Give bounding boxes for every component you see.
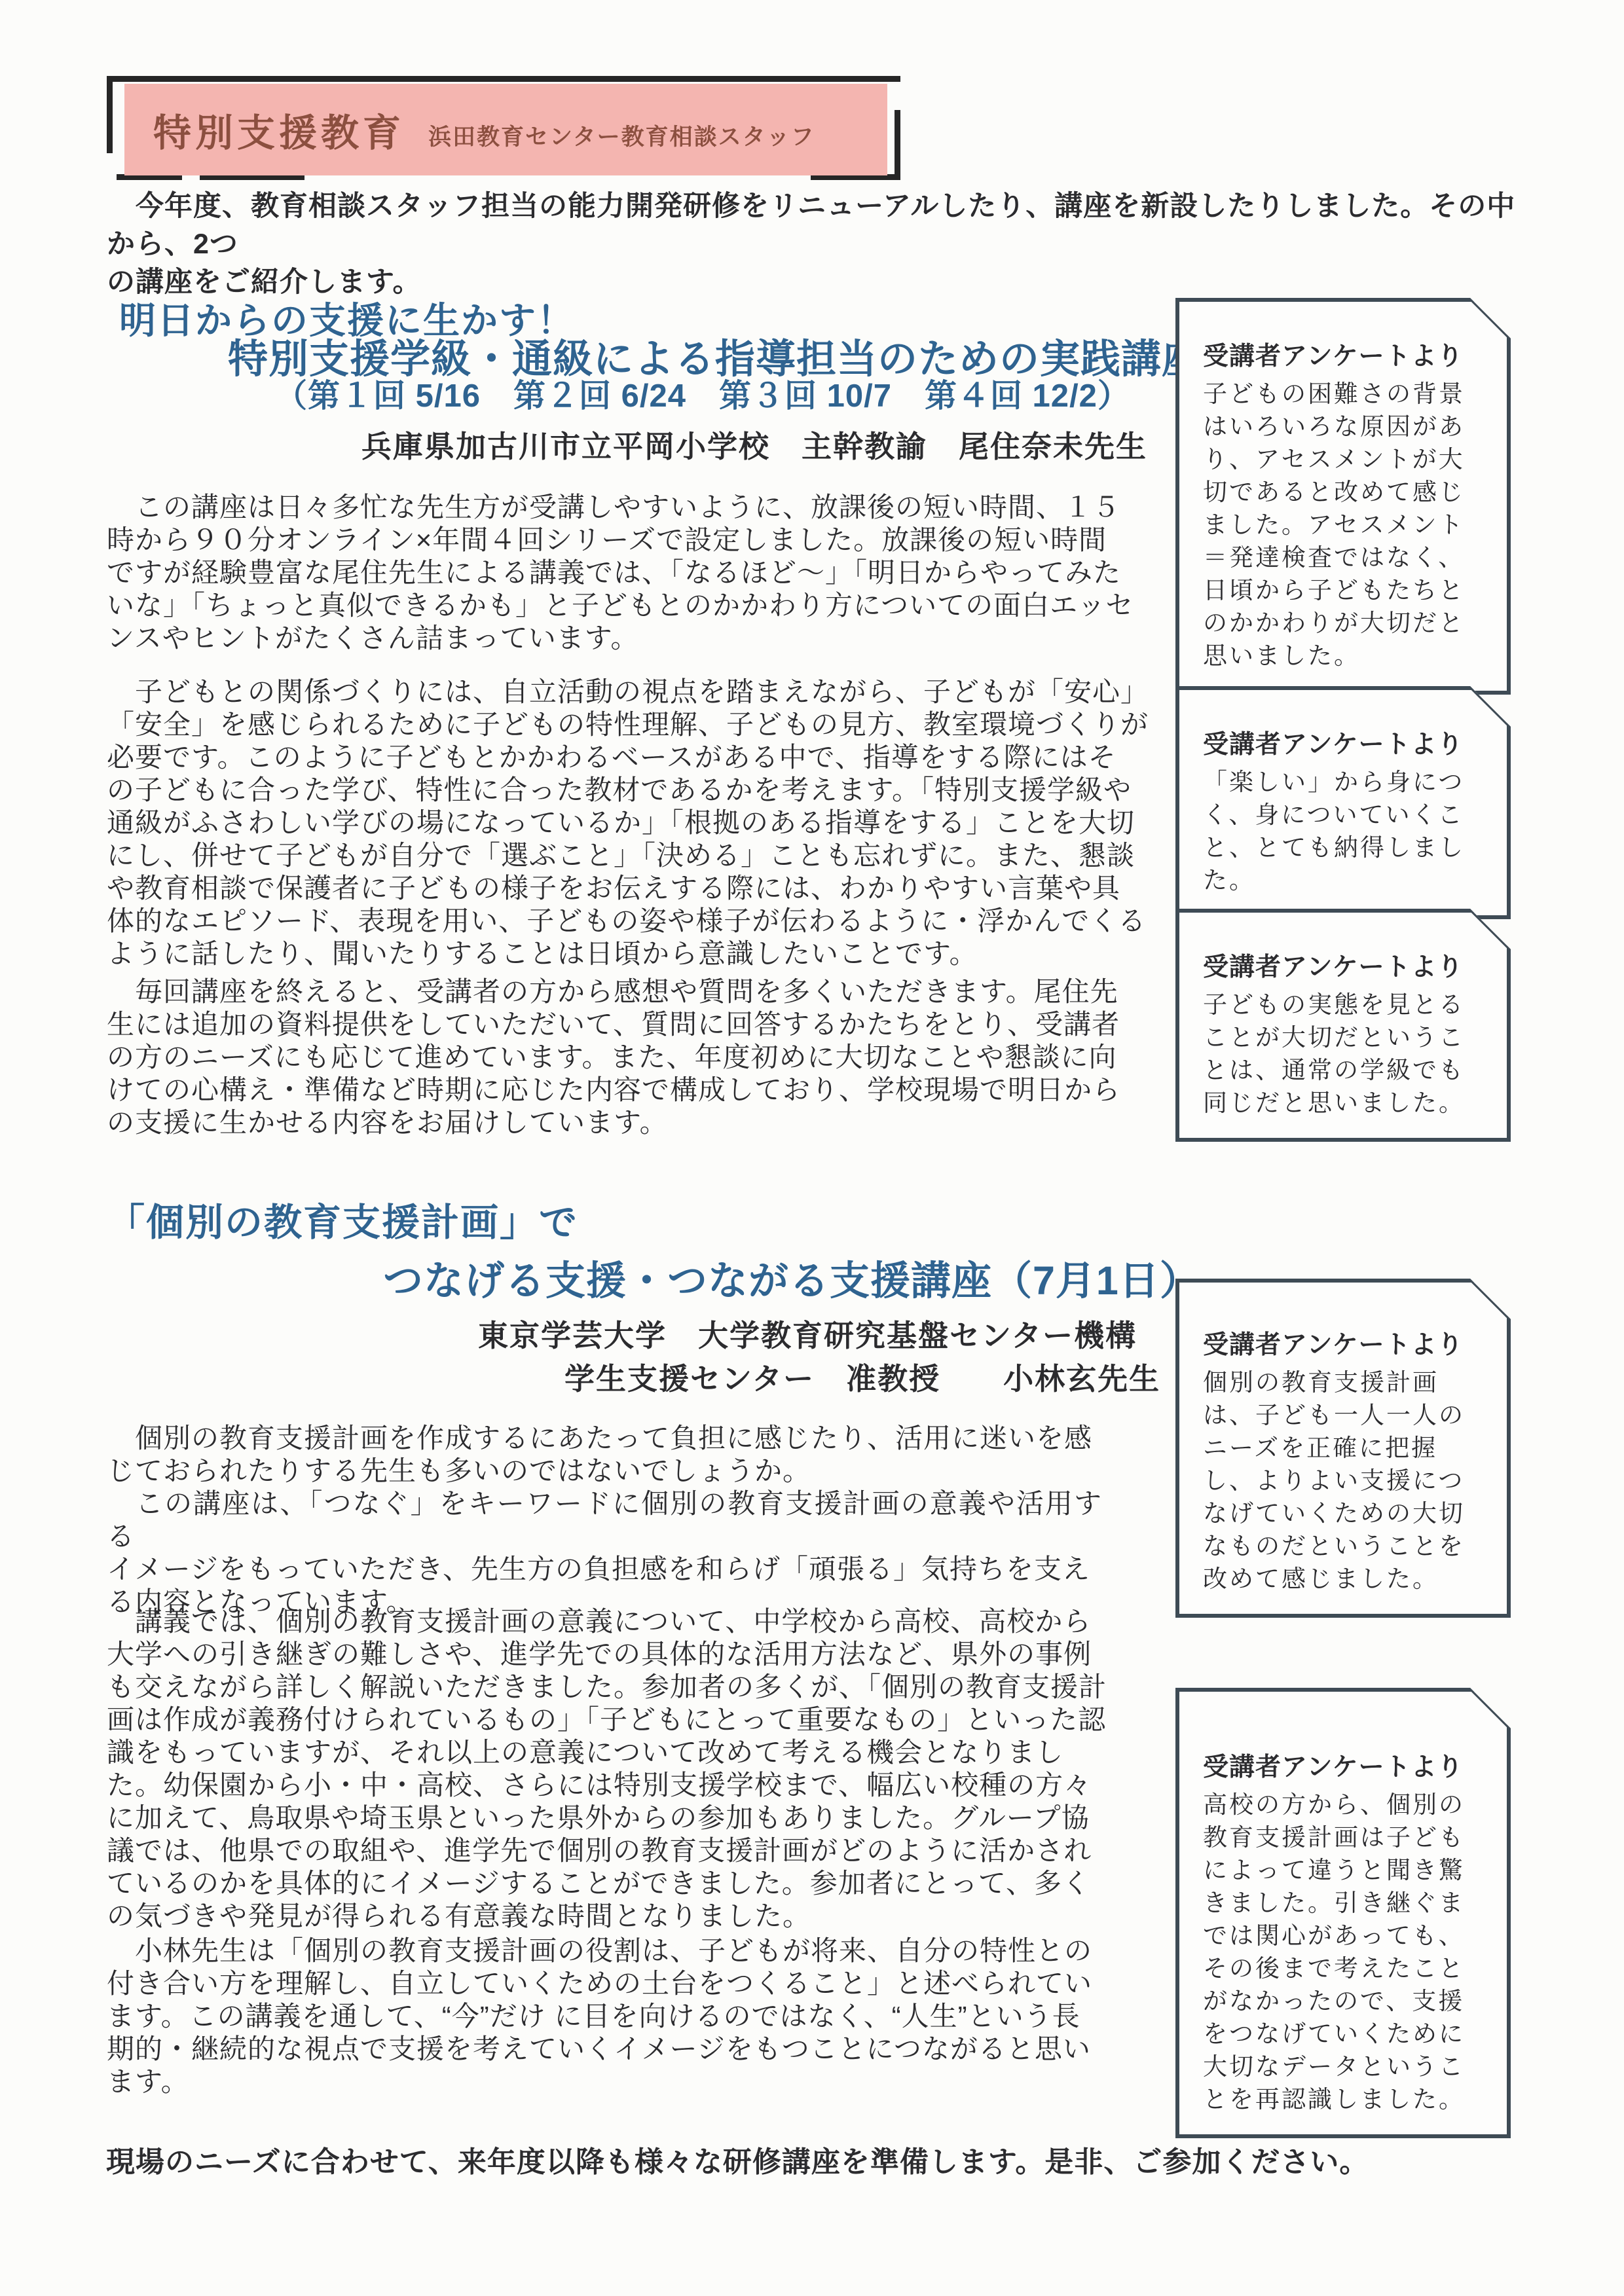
quote-title: 受講者アンケートより [1203, 1324, 1488, 1361]
quote-body: 「楽しい」から身につ く、身についていくこ と、とても納得しまし た。 [1203, 766, 1488, 897]
quote-title: 受講者アンケートより [1203, 724, 1488, 761]
header-banner: 特別支援教育 浜田教育センター教育相談スタッフ [124, 84, 887, 175]
intro-paragraph: 今年度、教育相談スタッフ担当の能力開発研修をリニューアルしたり、講座を新設したり… [107, 187, 1541, 301]
survey-quote-box-5: 受講者アンケートより 高校の方から、個別の 教育支援計画は子ども によって違うと… [1175, 1688, 1511, 2138]
survey-quote-box-4: 受講者アンケートより 個別の教育支援計画 は、子ども一人一人の ニーズを正確に把… [1175, 1279, 1511, 1618]
course2-lecturer-name: 学生支援センター 准教授 小林玄先生 [564, 1355, 1160, 1398]
quote-body: 子どもの実態を見とる ことが大切だというこ とは、通常の学級でも 同じだと思いま… [1203, 989, 1488, 1120]
course1-lecturer: 兵庫県加古川市立平岡小学校 主幹教諭 尾住奈未先生 [361, 423, 1147, 466]
course1-schedule: （第１回 5/16 第２回 6/24 第３回 10/7 第４回 12/2） [275, 371, 1130, 416]
course2-paragraph-1: 個別の教育支援計画を作成するにあたって負担に感じたり、活用に迷いを感 じておられ… [107, 1422, 1102, 1618]
survey-quote-box-2: 受講者アンケートより 「楽しい」から身につ く、身についていくこ と、とても納得… [1175, 686, 1511, 919]
page-title: 特別支援教育 [153, 102, 405, 157]
course2-title-line2: つなげる支援・つながる支援講座（7月1日） [383, 1249, 1200, 1306]
quote-title: 受講者アンケートより [1203, 1747, 1488, 1783]
survey-quote-box-3: 受講者アンケートより 子どもの実態を見とる ことが大切だというこ とは、通常の学… [1175, 909, 1511, 1142]
quote-title: 受講者アンケートより [1203, 336, 1488, 373]
scanned-newsletter-page: 特別支援教育 浜田教育センター教育相談スタッフ 今年度、教育相談スタッフ担当の能… [0, 0, 1624, 2296]
folded-corner-icon [1469, 1277, 1512, 1321]
course1-paragraph-2: 子どもとの関係づくりには、自立活動の視点を踏まえながら、子どもが「安心」 「安全… [107, 676, 1152, 970]
course1-paragraph-1: この講座は日々多忙な先生方が受講しやすいように、放課後の短い時間、１５ 時から９… [107, 491, 1152, 655]
header-frame-right-line [895, 110, 900, 179]
quote-title: 受講者アンケートより [1203, 947, 1488, 983]
survey-quote-box-1: 受講者アンケートより 子どもの困難さの背景 はいろいろな原因があ り、アセスメン… [1175, 298, 1511, 695]
page-subtitle: 浜田教育センター教育相談スタッフ [428, 119, 815, 152]
header-frame-left-line [107, 76, 113, 153]
course2-paragraph-3: 小林先生は「個別の教育支援計画の役割は、子どもが将来、自分の特性との 付き合い方… [107, 1935, 1128, 2098]
quote-body: 高校の方から、個別の 教育支援計画は子ども によって違うと聞き驚 きました。引き… [1203, 1789, 1488, 2116]
quote-body: 子どもの困難さの背景 はいろいろな原因があ り、アセスメントが大 切であると改め… [1203, 378, 1488, 672]
folded-corner-icon [1469, 297, 1512, 340]
footer-note: 現場のニーズに合わせて、来年度以降も様々な研修講座を準備します。是非、ご参加くだ… [106, 2138, 1416, 2180]
course2-lecturer-affiliation: 東京学芸大学 大学教育研究基盤センター機構 [478, 1312, 1137, 1355]
header-frame-top-line [107, 76, 900, 82]
folded-corner-icon [1469, 1686, 1512, 1730]
course1-paragraph-3: 毎回講座を終えると、受講者の方から感想や質問を多くいただきます。尾住先 生には追… [107, 975, 1152, 1139]
course2-paragraph-2: 講義では、個別の教育支援計画の意義について、中学校から高校、高校から 大学への引… [107, 1605, 1128, 1933]
quote-body: 個別の教育支援計画 は、子ども一人一人の ニーズを正確に把握 し、よりよい支援に… [1203, 1366, 1488, 1595]
course2-title-line1: 「個別の教育支援計画」で [107, 1192, 578, 1247]
